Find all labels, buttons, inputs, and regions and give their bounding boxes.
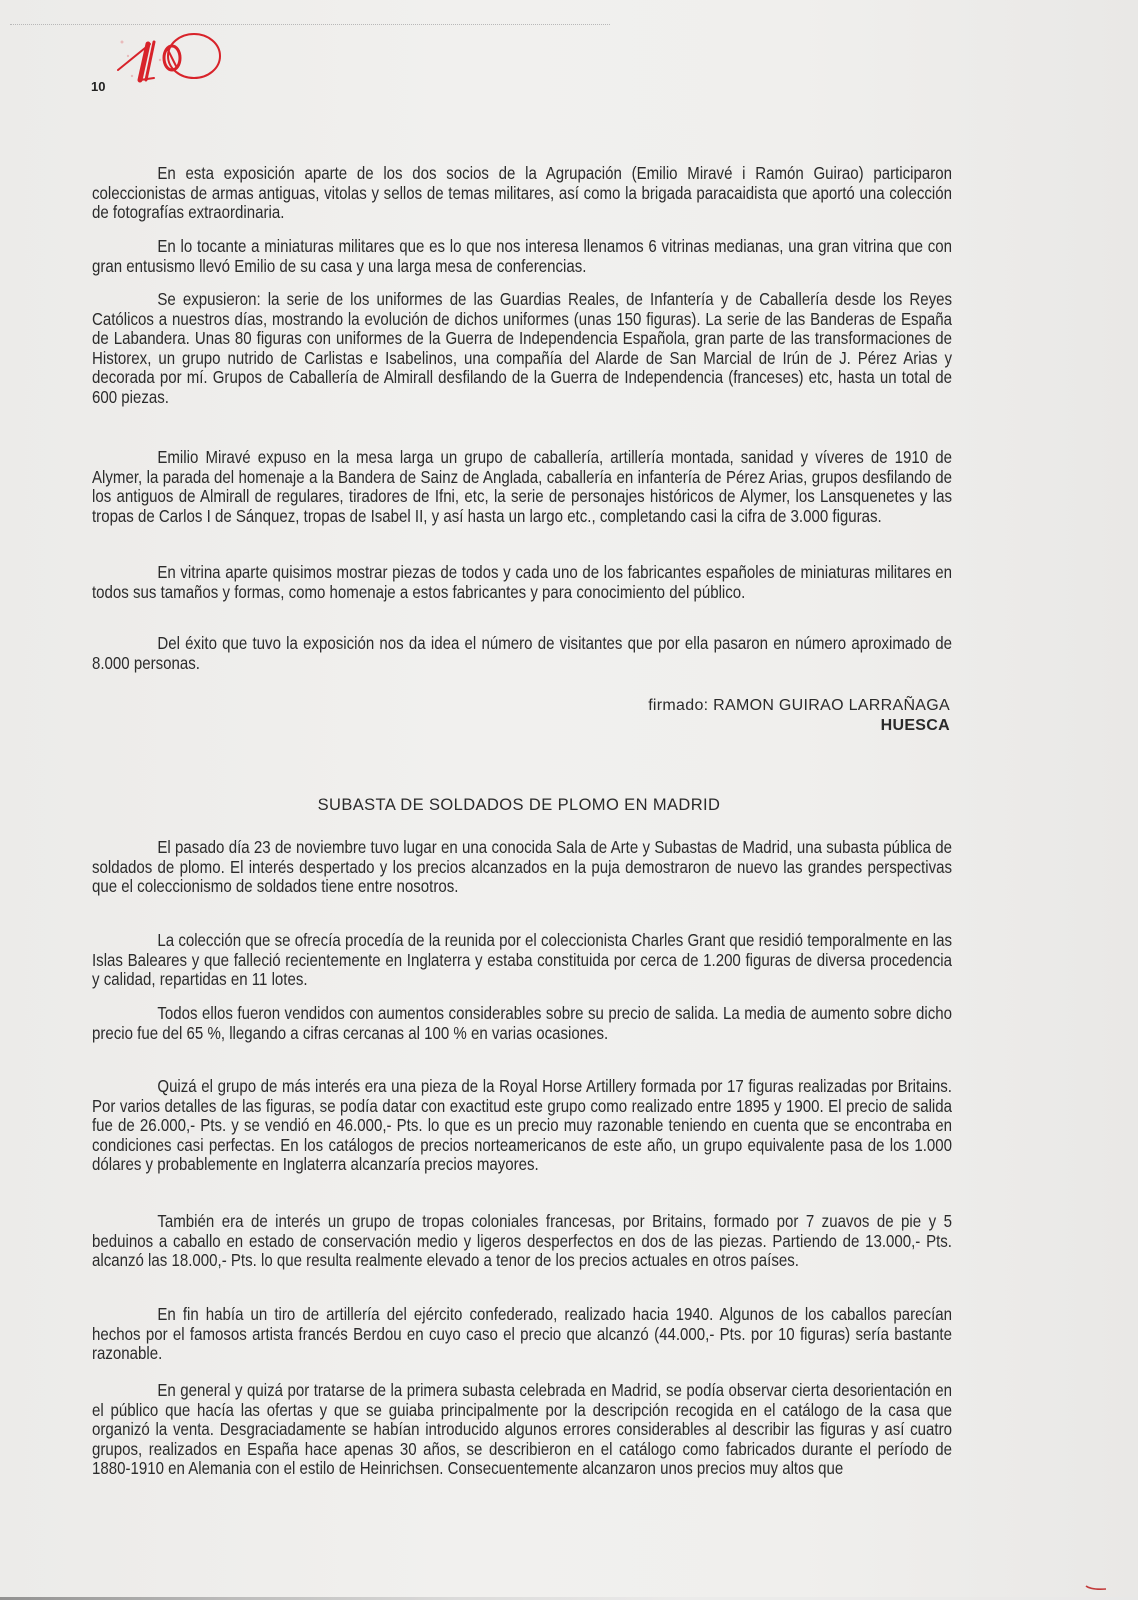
article1-paragraph-4: Emilio Miravé expuso en la mesa larga un… bbox=[92, 448, 952, 526]
signature-block: firmado: RAMON GUIRAO LARRAÑAGA HUESCA bbox=[648, 696, 950, 736]
scan-artifact-line bbox=[10, 24, 610, 25]
article2-paragraph-7: En general y quizá por tratarse de la pr… bbox=[92, 1381, 952, 1479]
paragraph-text: También era de interés un grupo de tropa… bbox=[92, 1211, 952, 1270]
signature-location: HUESCA bbox=[648, 716, 950, 736]
paragraph-text: En general y quizá por tratarse de la pr… bbox=[92, 1380, 952, 1478]
paragraph-text: En lo tocante a miniaturas militares que… bbox=[92, 236, 952, 276]
article1-paragraph-2: En lo tocante a miniaturas militares que… bbox=[92, 237, 952, 276]
paragraph-text: La colección que se ofrecía procedía de … bbox=[92, 930, 952, 989]
article2-paragraph-4: Quizá el grupo de más interés era una pi… bbox=[92, 1077, 952, 1175]
article1-paragraph-1: En esta exposición aparte de los dos soc… bbox=[92, 164, 952, 223]
article1-paragraph-5: En vitrina aparte quisimos mostrar pieza… bbox=[92, 563, 952, 602]
article1-paragraph-3: Se expusieron: la serie de los uniformes… bbox=[92, 290, 952, 408]
section-title: SUBASTA DE SOLDADOS DE PLOMO EN MADRID bbox=[0, 796, 1038, 815]
red-ink-mark bbox=[1085, 1585, 1107, 1591]
paragraph-text: Del éxito que tuvo la exposición nos da … bbox=[92, 633, 952, 673]
signature-line: firmado: RAMON GUIRAO LARRAÑAGA bbox=[648, 696, 950, 716]
article2-paragraph-3: Todos ellos fueron vendidos con aumentos… bbox=[92, 1004, 952, 1043]
paragraph-text: En esta exposición aparte de los dos soc… bbox=[92, 163, 952, 222]
page-number: 10 bbox=[91, 79, 105, 94]
scanned-page: 10 En esta exposición aparte de los dos … bbox=[0, 0, 1138, 1600]
article2-paragraph-6: En fin había un tiro de artillería del e… bbox=[92, 1305, 952, 1364]
paragraph-text: Quizá el grupo de más interés era una pi… bbox=[92, 1076, 952, 1174]
paragraph-text: Se expusieron: la serie de los uniformes… bbox=[92, 289, 952, 407]
paragraph-text: En fin había un tiro de artillería del e… bbox=[92, 1304, 952, 1363]
paragraph-text: El pasado día 23 de noviembre tuvo lugar… bbox=[92, 837, 952, 896]
paragraph-text: Emilio Miravé expuso en la mesa larga un… bbox=[92, 447, 952, 526]
handwritten-page-number-annotation bbox=[110, 30, 240, 85]
paragraph-text: Todos ellos fueron vendidos con aumentos… bbox=[92, 1003, 952, 1043]
paragraph-text: En vitrina aparte quisimos mostrar pieza… bbox=[92, 562, 952, 602]
article1-paragraph-6: Del éxito que tuvo la exposición nos da … bbox=[92, 634, 952, 673]
article2-paragraph-2: La colección que se ofrecía procedía de … bbox=[92, 931, 952, 990]
article2-paragraph-5: También era de interés un grupo de tropa… bbox=[92, 1212, 952, 1271]
article2-paragraph-1: El pasado día 23 de noviembre tuvo lugar… bbox=[92, 838, 952, 897]
